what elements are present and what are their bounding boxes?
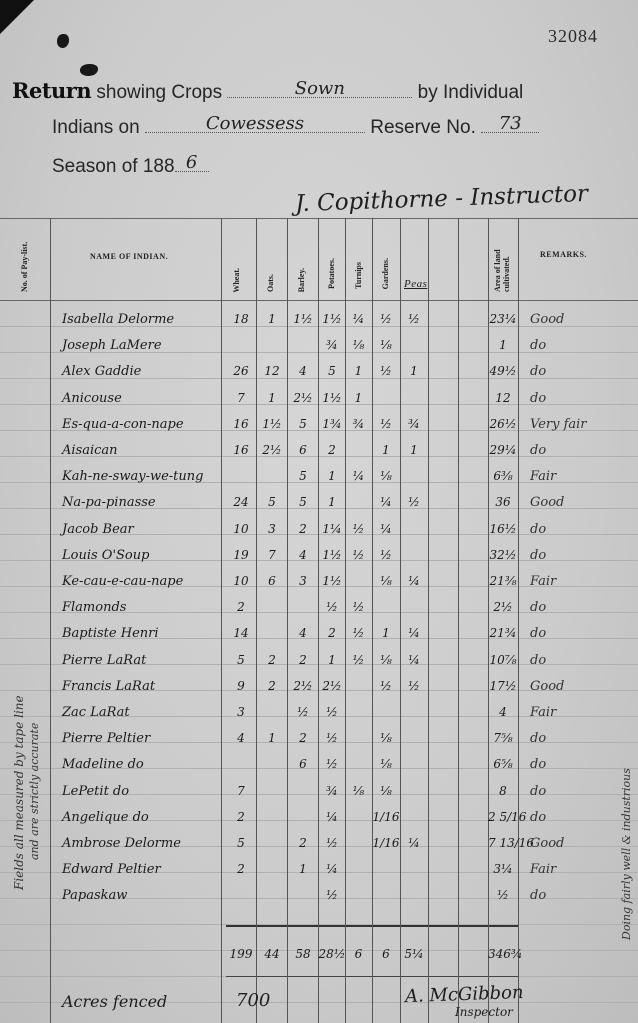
remark: Fair bbox=[530, 469, 630, 484]
indian-name: Pierre LaRat bbox=[62, 653, 146, 668]
indian-name: Ambrose Delorme bbox=[62, 836, 181, 851]
barley-value: 4 bbox=[288, 626, 318, 640]
remark: Good bbox=[530, 312, 630, 327]
table-row: Papaskaw½½do bbox=[0, 888, 638, 914]
header-remarks: REMARKS. bbox=[540, 250, 587, 259]
oats-value: 1 bbox=[257, 391, 287, 405]
turnips-value: ½ bbox=[345, 653, 372, 667]
indian-name: Louis O'Soup bbox=[62, 548, 149, 563]
table-row: Joseph LaMere¾⅛⅛1do bbox=[0, 338, 638, 364]
area-value: 16½ bbox=[488, 522, 518, 536]
total-wheat: 199 bbox=[226, 947, 256, 961]
area-value: 2 5/16 bbox=[488, 810, 518, 824]
area-value: 21⅜ bbox=[488, 574, 518, 588]
barley-value: 5 bbox=[288, 495, 318, 509]
season-year-field: 6 bbox=[175, 157, 209, 172]
indian-name: Francis LaRat bbox=[62, 679, 155, 694]
remark: do bbox=[530, 548, 630, 563]
title-reserve-no: Reserve No. bbox=[370, 117, 476, 138]
remark: do bbox=[530, 443, 630, 458]
potatoes-value: 1 bbox=[318, 469, 346, 483]
indian-name: Angelique do bbox=[62, 810, 149, 825]
turnips-value: ¼ bbox=[345, 469, 372, 483]
table-row: Ambrose Delorme52½1/16¼7 13/16Good bbox=[0, 836, 638, 862]
table-row: Baptiste Henri1442½1¼21¾do bbox=[0, 626, 638, 652]
potatoes-value: 1½ bbox=[318, 391, 346, 405]
table-row: Pierre LaRat5221½⅛¼10⅞do bbox=[0, 653, 638, 679]
indian-name: Zac LaRat bbox=[62, 705, 130, 720]
gardens-value: ⅛ bbox=[372, 731, 400, 745]
wheat-value: 18 bbox=[226, 312, 256, 326]
table-row: Ke-cau-e-cau-nape10631½⅛¼21⅜Fair bbox=[0, 574, 638, 600]
potatoes-value: 5 bbox=[318, 364, 346, 378]
indian-name: Es-qua-a-con-nape bbox=[62, 417, 184, 432]
area-value: 1 bbox=[488, 338, 518, 352]
header-wheat: Wheat. bbox=[232, 268, 241, 293]
peas-value: ¾ bbox=[400, 417, 428, 431]
area-value: 2½ bbox=[488, 600, 518, 614]
gardens-value: 1 bbox=[372, 626, 400, 640]
gardens-value: ¼ bbox=[372, 522, 400, 536]
indian-name: Papaskaw bbox=[62, 888, 127, 903]
table-row: Madeline do6½⅛6⅝do bbox=[0, 757, 638, 783]
area-value: 49½ bbox=[488, 364, 518, 378]
remark: do bbox=[530, 600, 630, 615]
potatoes-value: 2 bbox=[318, 443, 346, 457]
inspector-signature: A. McGibbon bbox=[405, 982, 524, 1007]
potatoes-value: 1¼ bbox=[318, 522, 346, 536]
ink-blot bbox=[80, 64, 98, 76]
potatoes-value: ¼ bbox=[318, 810, 346, 824]
wheat-value: 5 bbox=[226, 653, 256, 667]
potatoes-value: 1½ bbox=[318, 312, 346, 326]
table-row: Na-pa-pinasse24551¼½36Good bbox=[0, 495, 638, 521]
indian-name: Madeline do bbox=[62, 757, 144, 772]
header-name: NAME OF INDIAN. bbox=[90, 252, 168, 261]
turnips-value: ¼ bbox=[345, 312, 372, 326]
potatoes-value: ½ bbox=[318, 731, 346, 745]
wheat-value: 24 bbox=[226, 495, 256, 509]
oats-value: 12 bbox=[257, 364, 287, 378]
turnips-value: ⅛ bbox=[345, 338, 372, 352]
peas-value: ¼ bbox=[400, 836, 428, 850]
potatoes-value: ½ bbox=[318, 757, 346, 771]
gardens-value: ¼ bbox=[372, 495, 400, 509]
wheat-value: 10 bbox=[226, 574, 256, 588]
gardens-value: ⅛ bbox=[372, 338, 400, 352]
table-row: Anicouse712½1½112do bbox=[0, 391, 638, 417]
area-value: 23¼ bbox=[488, 312, 518, 326]
turnips-value: ½ bbox=[345, 548, 372, 562]
gardens-value: 1/16 bbox=[372, 810, 400, 824]
reserve-number-field: 73 bbox=[481, 118, 539, 133]
indian-name: Jacob Bear bbox=[62, 522, 134, 537]
area-value: 32½ bbox=[488, 548, 518, 562]
peas-value: 1 bbox=[400, 443, 428, 457]
oats-value: 5 bbox=[257, 495, 287, 509]
peas-value: ¼ bbox=[400, 574, 428, 588]
wheat-value: 2 bbox=[226, 810, 256, 824]
area-value: 29¼ bbox=[488, 443, 518, 457]
gardens-value: ⅛ bbox=[372, 784, 400, 798]
wheat-value: 2 bbox=[226, 600, 256, 614]
gardens-value: ½ bbox=[372, 417, 400, 431]
turnips-value: ½ bbox=[345, 600, 372, 614]
oats-value: 2 bbox=[257, 679, 287, 693]
table-row: Louis O'Soup19741½½½32½do bbox=[0, 548, 638, 574]
potatoes-value: 1½ bbox=[318, 574, 346, 588]
title-season: Season of 188 bbox=[52, 156, 175, 177]
wheat-value: 19 bbox=[226, 548, 256, 562]
area-value: ½ bbox=[488, 888, 518, 902]
indian-name: Aisaican bbox=[62, 443, 118, 458]
indian-name: Isabella Delorme bbox=[62, 312, 174, 327]
area-value: 6⅝ bbox=[488, 757, 518, 771]
title-line-1: Return showing Crops Sown by Individual bbox=[12, 78, 523, 104]
total-potatoes: 28½ bbox=[318, 947, 346, 961]
barley-value: 2 bbox=[288, 836, 318, 850]
gardens-value: ⅛ bbox=[372, 469, 400, 483]
peas-value: ½ bbox=[400, 495, 428, 509]
potatoes-value: ½ bbox=[318, 888, 346, 902]
gardens-value: ⅛ bbox=[372, 653, 400, 667]
potatoes-value: 2½ bbox=[318, 679, 346, 693]
header-potatoes: Potatoes. bbox=[327, 258, 336, 289]
barley-value: 5 bbox=[288, 469, 318, 483]
title-return: Return bbox=[12, 78, 91, 103]
remark: Good bbox=[530, 836, 630, 851]
remark: do bbox=[530, 338, 630, 353]
remark: do bbox=[530, 653, 630, 668]
remark: do bbox=[530, 784, 630, 799]
turnips-value: 1 bbox=[345, 391, 372, 405]
barley-value: ½ bbox=[288, 705, 318, 719]
wheat-value: 16 bbox=[226, 443, 256, 457]
table-row: Aisaican162½621129¼do bbox=[0, 443, 638, 469]
wheat-value: 7 bbox=[226, 784, 256, 798]
wheat-value: 26 bbox=[226, 364, 256, 378]
peas-value: ½ bbox=[400, 312, 428, 326]
barley-value: 6 bbox=[288, 757, 318, 771]
barley-value: 1 bbox=[288, 862, 318, 876]
indian-name: Anicouse bbox=[62, 391, 122, 406]
peas-value: ½ bbox=[400, 679, 428, 693]
gardens-value: ½ bbox=[372, 679, 400, 693]
remark: do bbox=[530, 888, 630, 903]
table-row: Jacob Bear10321¼½¼16½do bbox=[0, 522, 638, 548]
indian-name: LePetit do bbox=[62, 784, 129, 799]
table-row: Pierre Peltier412½⅛7⅝do bbox=[0, 731, 638, 757]
table-row: Angelique do2¼1/162 5/16do bbox=[0, 810, 638, 836]
barley-value: 4 bbox=[288, 548, 318, 562]
table-row: Isabella Delorme1811½1½¼½½23¼Good bbox=[0, 312, 638, 338]
turnips-value: 1 bbox=[345, 364, 372, 378]
indian-name: Ke-cau-e-cau-nape bbox=[62, 574, 183, 589]
barley-value: 2 bbox=[288, 522, 318, 536]
title-line-3: Season of 1886 bbox=[52, 156, 209, 178]
header-gardens: Gardens. bbox=[381, 258, 390, 289]
total-gardens: 6 bbox=[372, 947, 400, 961]
gardens-value: ⅛ bbox=[372, 574, 400, 588]
indian-name: Pierre Peltier bbox=[62, 731, 150, 746]
area-value: 7⅝ bbox=[488, 731, 518, 745]
peas-value: ¼ bbox=[400, 626, 428, 640]
potatoes-value: ½ bbox=[318, 836, 346, 850]
oats-value: 1 bbox=[257, 731, 287, 745]
title-line-2: Indians on Cowessess Reserve No. 73 bbox=[52, 117, 539, 139]
area-value: 4 bbox=[488, 705, 518, 719]
table-row: Flamonds2½½2½do bbox=[0, 600, 638, 626]
reserve-name-field: Cowessess bbox=[145, 118, 365, 133]
remark: Fair bbox=[530, 574, 630, 589]
title-showing-crops: showing Crops bbox=[96, 82, 222, 103]
indian-name: Joseph LaMere bbox=[62, 338, 162, 353]
wheat-value: 16 bbox=[226, 417, 256, 431]
peas-value: ¼ bbox=[400, 653, 428, 667]
indian-name: Baptiste Henri bbox=[62, 626, 159, 641]
potatoes-value: 1 bbox=[318, 653, 346, 667]
acres-fenced-label: Acres fenced bbox=[62, 992, 167, 1011]
oats-value: 6 bbox=[257, 574, 287, 588]
wheat-value: 7 bbox=[226, 391, 256, 405]
remark: Very fair bbox=[530, 417, 630, 432]
area-value: 7 13/16 bbox=[488, 836, 518, 850]
area-value: 36 bbox=[488, 495, 518, 509]
header-oats: Oats. bbox=[266, 274, 275, 292]
barley-value: 5 bbox=[288, 417, 318, 431]
oats-value: 3 bbox=[257, 522, 287, 536]
oats-value: 2½ bbox=[257, 443, 287, 457]
barley-value: 2 bbox=[288, 653, 318, 667]
gardens-value: ⅛ bbox=[372, 757, 400, 771]
gardens-value: 1 bbox=[372, 443, 400, 457]
acres-fenced-value: 700 bbox=[236, 990, 270, 1011]
barley-value: 1½ bbox=[288, 312, 318, 326]
remark: do bbox=[530, 626, 630, 641]
oats-value: 1 bbox=[257, 312, 287, 326]
table-top-border bbox=[0, 218, 638, 219]
table-row: LePetit do7¾⅛⅛8do bbox=[0, 784, 638, 810]
turnips-value: ¾ bbox=[345, 417, 372, 431]
table-row: Es-qua-a-con-nape161½51¾¾½¾26½Very fair bbox=[0, 417, 638, 443]
area-value: 3¼ bbox=[488, 862, 518, 876]
total-barley: 58 bbox=[288, 947, 318, 961]
barley-value: 6 bbox=[288, 443, 318, 457]
area-value: 12 bbox=[488, 391, 518, 405]
wheat-value: 3 bbox=[226, 705, 256, 719]
remark: do bbox=[530, 731, 630, 746]
left-margin-note-2: and are strictly accurate bbox=[28, 723, 41, 860]
total-peas: 5¼ bbox=[400, 947, 428, 961]
area-value: 6⅜ bbox=[488, 469, 518, 483]
wheat-value: 4 bbox=[226, 731, 256, 745]
header-barley: Barley. bbox=[297, 268, 306, 292]
wheat-value: 2 bbox=[226, 862, 256, 876]
barley-value: 3 bbox=[288, 574, 318, 588]
table-row: Francis LaRat922½2½½½17½Good bbox=[0, 679, 638, 705]
title-by-individual: by Individual bbox=[418, 82, 524, 103]
turnips-value: ½ bbox=[345, 626, 372, 640]
potatoes-value: 1¾ bbox=[318, 417, 346, 431]
potatoes-value: ¾ bbox=[318, 784, 346, 798]
remark: do bbox=[530, 391, 630, 406]
remark: Fair bbox=[530, 862, 630, 877]
peas-value: 1 bbox=[400, 364, 428, 378]
oats-value: 2 bbox=[257, 653, 287, 667]
area-value: 10⅞ bbox=[488, 653, 518, 667]
left-margin-note-1: Fields all measured by tape line bbox=[12, 695, 26, 890]
title-indians-on: Indians on bbox=[52, 117, 140, 138]
crops-field: Sown bbox=[227, 83, 412, 98]
page-corner-shadow bbox=[0, 0, 34, 34]
gardens-value: ½ bbox=[372, 548, 400, 562]
oats-value: 7 bbox=[257, 548, 287, 562]
table-row: Zac LaRat3½½4Fair bbox=[0, 705, 638, 731]
remark: do bbox=[530, 364, 630, 379]
remark: Good bbox=[530, 495, 630, 510]
total-area: 346¾ bbox=[488, 947, 518, 961]
indian-name: Alex Gaddie bbox=[62, 364, 141, 379]
oats-value: 1½ bbox=[257, 417, 287, 431]
gardens-value: 1/16 bbox=[372, 836, 400, 850]
remark: do bbox=[530, 522, 630, 537]
turnips-value: ½ bbox=[345, 522, 372, 536]
turnips-value: ⅛ bbox=[345, 784, 372, 798]
header-peas: Peas bbox=[404, 278, 427, 290]
header-area: Area of land cultivated. bbox=[493, 240, 513, 292]
potatoes-value: 1½ bbox=[318, 548, 346, 562]
wheat-value: 14 bbox=[226, 626, 256, 640]
remark: do bbox=[530, 757, 630, 772]
indian-name: Edward Peltier bbox=[62, 862, 161, 877]
totals-row: 199 44 58 28½ 6 6 5¼ 346¾ bbox=[0, 947, 638, 973]
wheat-value: 10 bbox=[226, 522, 256, 536]
area-value: 17½ bbox=[488, 679, 518, 693]
inspector-title: Inspector bbox=[455, 1005, 513, 1019]
potatoes-value: ¾ bbox=[318, 338, 346, 352]
table-row: Alex Gaddie2612451½149½do bbox=[0, 364, 638, 390]
area-value: 26½ bbox=[488, 417, 518, 431]
barley-value: 2½ bbox=[288, 679, 318, 693]
total-turnips: 6 bbox=[345, 947, 372, 961]
barley-value: 2½ bbox=[288, 391, 318, 405]
right-margin-note: Doing fairly well & industrious bbox=[620, 768, 633, 940]
potatoes-value: ¼ bbox=[318, 862, 346, 876]
gardens-value: ½ bbox=[372, 364, 400, 378]
indian-name: Kah-ne-sway-we-tung bbox=[62, 469, 203, 484]
potatoes-value: ½ bbox=[318, 705, 346, 719]
instructor-signature: J. Copithorne - Instructor bbox=[295, 181, 589, 217]
wheat-value: 9 bbox=[226, 679, 256, 693]
indian-name: Flamonds bbox=[62, 600, 126, 615]
barley-value: 4 bbox=[288, 364, 318, 378]
indian-name: Na-pa-pinasse bbox=[62, 495, 156, 510]
remark: Good bbox=[530, 679, 630, 694]
table-row: Edward Peltier21¼3¼Fair bbox=[0, 862, 638, 888]
remark: Fair bbox=[530, 705, 630, 720]
header-turnips: Turnips bbox=[354, 262, 363, 289]
area-value: 21¾ bbox=[488, 626, 518, 640]
gardens-value: ½ bbox=[372, 312, 400, 326]
wheat-value: 5 bbox=[226, 836, 256, 850]
table-row: Kah-ne-sway-we-tung51¼⅛6⅜Fair bbox=[0, 469, 638, 495]
total-oats: 44 bbox=[257, 947, 287, 961]
ink-blot bbox=[57, 34, 69, 48]
potatoes-value: ½ bbox=[318, 600, 346, 614]
header-bottom-border bbox=[0, 300, 638, 301]
document-page: 32084 Return showing Crops Sown by Indiv… bbox=[0, 0, 638, 1023]
potatoes-value: 2 bbox=[318, 626, 346, 640]
barley-value: 2 bbox=[288, 731, 318, 745]
header-pay-list: No. of Pay-list. bbox=[20, 226, 29, 292]
remark: do bbox=[530, 810, 630, 825]
potatoes-value: 1 bbox=[318, 495, 346, 509]
document-number: 32084 bbox=[548, 26, 598, 47]
area-value: 8 bbox=[488, 784, 518, 798]
